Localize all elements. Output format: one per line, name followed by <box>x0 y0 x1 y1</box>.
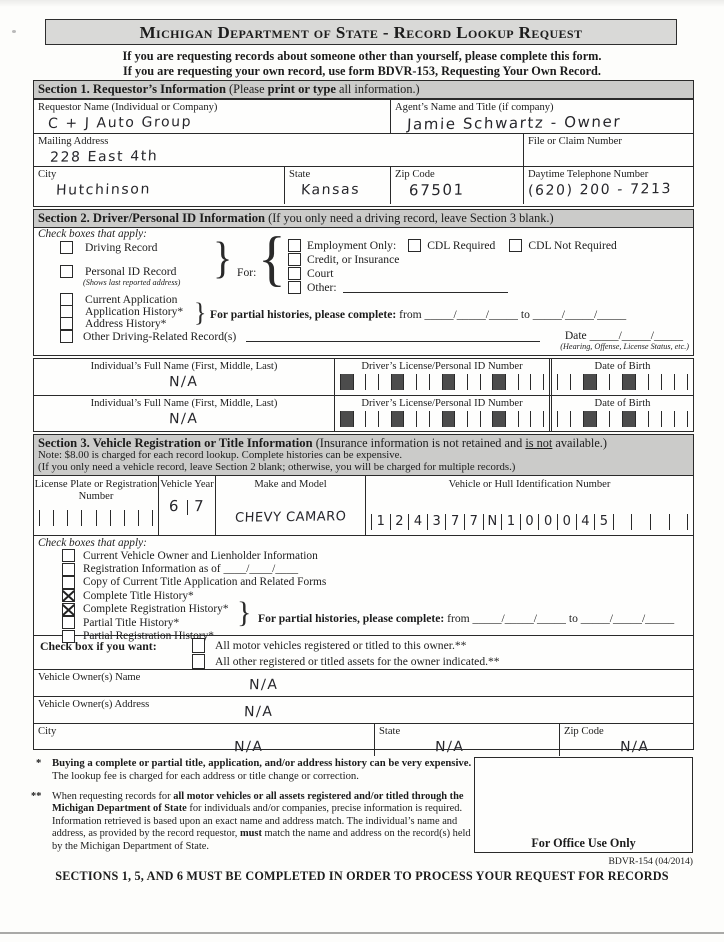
owner-city-value: N/A <box>234 738 264 754</box>
form-number: BDVR-154 (04/2014) <box>473 856 693 867</box>
dob-label-1: Date of Birth <box>552 359 693 373</box>
scan-edge-noise <box>0 0 724 7</box>
footnote-star-rest: The lookup fee is charged for each addre… <box>52 770 359 782</box>
section-3-heading: Section 3. Vehicle Registration or Title… <box>38 436 313 450</box>
dstar-p4: must <box>240 828 262 839</box>
footnote-star-marker: * <box>36 757 52 782</box>
dl-number-label-1: Driver’s License/Personal ID Number <box>335 359 549 373</box>
agent-name-label: Agent’s Name and Title (if company) <box>391 100 693 114</box>
check-label-3: Complete Title History* <box>83 590 194 602</box>
zip-value: 67501 <box>409 180 465 199</box>
checkbox-current-owner-lienholder[interactable] <box>62 549 75 562</box>
owner-address-field[interactable]: Vehicle Owner(s) Address N/A <box>34 697 693 724</box>
phone-field[interactable]: Daytime Telephone Number (620) 200 - 721… <box>523 167 693 204</box>
section-2-check-instruction: Check boxes that apply: <box>38 228 147 240</box>
individual-name-field-2[interactable]: Individual’s Full Name (First, Middle, L… <box>34 396 334 431</box>
owner-name-field[interactable]: Vehicle Owner(s) Name N/A <box>34 670 693 697</box>
instruction-line-1: If you are requesting records about some… <box>0 49 724 64</box>
section-3-header: Section 3. Vehicle Registration or Title… <box>34 435 693 476</box>
dob-comb-1[interactable] <box>557 373 688 390</box>
scan-bottom-edge <box>0 932 724 934</box>
owner-city-label: City <box>34 724 374 738</box>
check-label-2: Copy of Current Title Application and Re… <box>83 576 326 588</box>
brace-partial-s3-icon: } <box>237 598 251 628</box>
owner-address-value: N/A <box>244 704 274 720</box>
checkbox-partial-title-history[interactable] <box>62 616 75 629</box>
checkbox-other-driving-record[interactable] <box>60 330 73 343</box>
state-field[interactable]: State Kansas <box>284 167 390 204</box>
section-3-note-1: Note: $8.00 is charged for each record l… <box>38 450 693 462</box>
checkbox-personal-id-record[interactable] <box>60 265 73 278</box>
footnote-dstar-marker: ** <box>31 791 52 853</box>
brace-partial-icon: } <box>194 300 206 326</box>
phone-value: (620) 200 - 7213 <box>528 180 673 198</box>
individual-name-field-1[interactable]: Individual’s Full Name (First, Middle, L… <box>34 359 334 395</box>
other-purpose-blank[interactable] <box>343 282 508 293</box>
section-3-note-pre: (Insurance information is not retained a… <box>316 436 526 450</box>
vehicle-year-value-2: 7 <box>193 496 205 514</box>
date-note: (Hearing, Offense, License Status, etc.) <box>560 342 689 351</box>
individual-name-value-2: N/A <box>169 410 199 426</box>
owner-state-label: State <box>375 724 559 738</box>
office-use-box: For Office Use Only <box>474 757 693 853</box>
checkbox-credit-insurance[interactable] <box>288 253 301 266</box>
owner-zip-label: Zip Code <box>560 724 693 738</box>
instruction-line-2: If you are requesting your own record, u… <box>0 64 724 79</box>
cdl-not-required-label: CDL Not Required <box>528 239 616 252</box>
agent-name-field[interactable]: Agent’s Name and Title (if company) Jami… <box>390 100 693 133</box>
individual-id-table: Individual’s Full Name (First, Middle, L… <box>33 358 694 432</box>
owner-city-field[interactable]: City N/A <box>34 724 374 756</box>
footnote-double-star: ** When requesting records for all motor… <box>31 791 477 853</box>
dob-label-2: Date of Birth <box>552 396 693 410</box>
owner-city-row: City N/A State N/A Zip Code N/A <box>34 724 693 756</box>
make-model-field[interactable]: Make and Model CHEVY CAMARO <box>215 476 365 535</box>
other-driving-record-blank[interactable] <box>246 331 540 342</box>
partial-histories-range-s3[interactable]: from _____/_____/_____ to _____/_____/__… <box>447 612 674 625</box>
section-3-checks: Check boxes that apply: Current Vehicle … <box>34 536 693 636</box>
section-3-check-instruction: Check boxes that apply: <box>34 536 693 549</box>
state-value: Kansas <box>301 181 361 198</box>
file-claim-label: File or Claim Number <box>524 134 693 148</box>
cdl-required-label: CDL Required <box>427 239 495 252</box>
city-label: City <box>34 167 284 181</box>
section-1-header: Section 1. Requestor’s Information (Plea… <box>34 81 693 99</box>
dl-number-comb-1[interactable] <box>340 373 544 390</box>
vin-field[interactable]: Vehicle or Hull Identification Number 12… <box>365 476 693 535</box>
city-value: Hutchinson <box>56 181 152 198</box>
dl-number-label-2: Driver’s License/Personal ID Number <box>335 396 549 410</box>
footnote-single-star: * Buying a complete or partial title, ap… <box>36 757 474 782</box>
checkbox-copy-title-application[interactable] <box>62 576 75 589</box>
section-3-note-2: (If you only need a vehicle record, leav… <box>38 462 693 474</box>
owner-zip-field[interactable]: Zip Code N/A <box>559 724 693 756</box>
other-purpose-label: Other: <box>307 281 337 294</box>
section-2-header: Section 2. Driver/Personal ID Informatio… <box>34 210 693 228</box>
check-label-4: Complete Registration History* <box>83 603 229 615</box>
personal-id-record-label: Personal ID Record <box>85 265 176 278</box>
brace-left-icon: { <box>258 229 286 290</box>
for-label: For: <box>237 266 256 279</box>
checkbox-all-motor-vehicles[interactable] <box>192 638 205 653</box>
dl-number-comb-2[interactable] <box>340 410 544 427</box>
vehicle-table: License Plate or Registration Number Veh… <box>34 476 693 536</box>
checkbox-registration-info-as-of[interactable] <box>62 563 75 576</box>
dstar-p1: When requesting records for <box>52 791 173 802</box>
footnote-dstar-text: When requesting records for all motor ve… <box>52 791 477 853</box>
zip-field[interactable]: Zip Code 67501 <box>390 167 523 204</box>
section-2-note: (If you only need a driving record, leav… <box>268 211 553 225</box>
dob-comb-2[interactable] <box>557 410 688 427</box>
file-claim-field[interactable]: File or Claim Number <box>523 134 693 166</box>
scanned-form-page: Michigan Department of State - Record Lo… <box>0 0 724 942</box>
address-history-label: Address History* <box>85 317 166 330</box>
driving-record-label: Driving Record <box>85 241 157 254</box>
mailing-address-label: Mailing Address <box>34 134 523 148</box>
section-3-note-underline: is not <box>525 436 552 450</box>
plate-number-comb[interactable] <box>39 509 153 526</box>
make-model-label: Make and Model <box>216 476 365 491</box>
footnote-star-bold: Buying a complete or partial title, appl… <box>52 757 471 769</box>
vehicle-year-value-1: 6 <box>169 496 181 514</box>
checkbox-partial-registration-history[interactable] <box>62 630 75 643</box>
want-option-2: All other registered or titled assets fo… <box>215 655 500 668</box>
section-2-body: Check boxes that apply: Driving Record P… <box>34 228 693 353</box>
owner-zip-value: N/A <box>620 738 650 754</box>
make-model-value: CHEVY CAMARO <box>235 509 347 526</box>
dob-field-2[interactable]: Date of Birth <box>549 396 693 431</box>
zip-label: Zip Code <box>391 167 523 181</box>
check-label-1: Registration Information as of ____/____… <box>83 563 298 575</box>
check-label-5: Partial Title History* <box>83 617 179 629</box>
scan-speck <box>12 30 16 33</box>
form-title: Michigan Department of State - Record Lo… <box>45 19 677 45</box>
vehicle-year-label: Vehicle Year <box>159 476 215 491</box>
plate-number-field[interactable]: License Plate or Registration Number <box>34 476 158 535</box>
year-divider <box>187 500 188 515</box>
owner-name-label: Vehicle Owner(s) Name <box>34 670 693 684</box>
partial-histories-label-s3: For partial histories, please complete: <box>258 612 444 625</box>
agent-name-value: Jamie Schwartz - Owner <box>407 112 622 133</box>
individual-name-value-1: N/A <box>169 373 199 389</box>
personal-id-record-note: (Shows last reported address) <box>83 278 180 287</box>
credit-insurance-label: Credit, or Insurance <box>307 253 399 266</box>
checkbox-complete-title-history[interactable] <box>62 589 75 602</box>
office-use-label: For Office Use Only <box>475 836 692 851</box>
city-field[interactable]: City Hutchinson <box>34 167 284 204</box>
owner-state-field[interactable]: State N/A <box>374 724 559 756</box>
section-2: Section 2. Driver/Personal ID Informatio… <box>33 209 694 356</box>
checkbox-driving-record[interactable] <box>60 241 73 254</box>
checkbox-address-history[interactable] <box>60 317 73 330</box>
checkbox-complete-registration-history[interactable] <box>62 603 75 616</box>
owner-state-value: N/A <box>435 738 465 754</box>
section-1: Section 1. Requestor’s Information (Plea… <box>33 80 694 207</box>
phone-label: Daytime Telephone Number <box>524 167 693 181</box>
individual-name-label-1: Individual’s Full Name (First, Middle, L… <box>34 359 334 373</box>
court-label: Court <box>307 267 333 280</box>
footnote-star-text: Buying a complete or partial title, appl… <box>52 757 474 782</box>
owner-address-label: Vehicle Owner(s) Address <box>34 697 693 711</box>
section-1-note: (Please <box>229 82 268 96</box>
checkbox-court[interactable] <box>288 267 301 280</box>
checkbox-cdl-required[interactable] <box>408 239 421 252</box>
mailing-address-value: 228 East 4th <box>50 148 159 166</box>
footer-requirement: SECTIONS 1, 5, AND 6 MUST BE COMPLETED I… <box>0 869 724 884</box>
vin-label: Vehicle or Hull Identification Number <box>366 476 693 491</box>
section-1-heading: Section 1. Requestor’s Information <box>38 82 226 96</box>
owner-name-value: N/A <box>249 677 279 693</box>
section-2-heading: Section 2. Driver/Personal ID Informatio… <box>38 211 265 225</box>
section-3: Section 3. Vehicle Registration or Title… <box>33 434 694 750</box>
dl-number-field-1[interactable]: Driver’s License/Personal ID Number <box>334 359 549 395</box>
individual-name-label-2: Individual’s Full Name (First, Middle, L… <box>34 396 334 410</box>
check-label-0: Current Vehicle Owner and Lienholder Inf… <box>83 550 318 562</box>
section-3-note-post: available.) <box>552 436 607 450</box>
requestor-name-value: C + J Auto Group <box>48 113 193 131</box>
requestor-name-field[interactable]: Requestor Name (Individual or Company) C… <box>34 100 390 133</box>
mailing-address-field[interactable]: Mailing Address 228 East 4th <box>34 134 523 166</box>
employment-only-label: Employment Only: <box>307 239 396 252</box>
other-driving-record-label: Other Driving-Related Record(s) <box>83 330 236 343</box>
brace-right-icon: } <box>213 236 232 280</box>
vin-comb[interactable]: 124377N100045 <box>371 510 688 530</box>
date-field[interactable]: Date _____/_____/_____ <box>565 329 683 342</box>
partial-histories-range[interactable]: from _____/_____/_____ to _____/_____/__… <box>399 308 626 321</box>
requestor-name-label: Requestor Name (Individual or Company) <box>34 100 390 114</box>
vehicle-year-field[interactable]: Vehicle Year 6 7 <box>158 476 215 535</box>
checkbox-employment-only[interactable] <box>288 239 301 252</box>
checkbox-all-other-assets[interactable] <box>192 654 205 669</box>
dl-number-field-2[interactable]: Driver’s License/Personal ID Number <box>334 396 549 431</box>
checkbox-cdl-not-required[interactable] <box>509 239 522 252</box>
section-1-note-post: all information.) <box>336 82 420 96</box>
state-label: State <box>285 167 390 181</box>
partial-histories-label: For partial histories, please complete: <box>210 308 396 321</box>
dob-field-1[interactable]: Date of Birth <box>549 359 693 395</box>
form-instructions: If you are requesting records about some… <box>0 49 724 78</box>
checkbox-other-purpose[interactable] <box>288 281 301 294</box>
section-1-note-bold: print or type <box>268 82 336 96</box>
plate-number-label: License Plate or Registration Number <box>34 476 158 502</box>
